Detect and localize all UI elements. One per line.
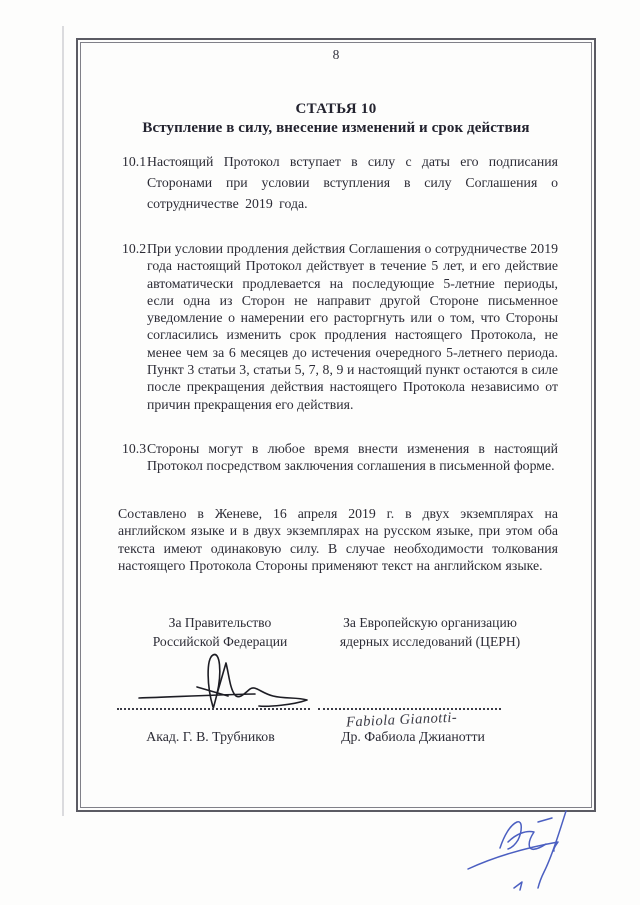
signature-line-right xyxy=(318,701,501,710)
clause-number: 10.3 xyxy=(122,440,147,457)
clause-text: Стороны могут в любое время внести измен… xyxy=(147,440,558,475)
paraph-ink-blue xyxy=(452,808,592,903)
signatory-name-left: Акад. Г. В. Трубников xyxy=(108,729,313,745)
signatory-header-right: За Европейскую организацию ядерных иссле… xyxy=(330,613,530,651)
clause-number: 10.1 xyxy=(122,151,147,172)
page-number: 8 xyxy=(76,47,596,63)
article-subtitle: Вступление в силу, внесение изменений и … xyxy=(76,120,596,137)
clause-number: 10.2 xyxy=(122,240,147,257)
clause-text: При условии продления действия Соглашени… xyxy=(147,240,558,413)
clause-10-1: 10.1 Настоящий Протокол вступает в силу … xyxy=(122,151,558,214)
closing-paragraph: Составлено в Женеве, 16 апреля 2019 г. в… xyxy=(118,505,558,575)
clause-10-2: 10.2 При условии продления действия Согл… xyxy=(122,240,558,413)
signatory-header-left-line1: За Правительство xyxy=(115,613,325,632)
clause-text: Настоящий Протокол вступает в силу с дат… xyxy=(147,151,558,214)
signature-line-left xyxy=(117,701,310,710)
scan-artifact-line xyxy=(62,26,64,816)
clause-10-3: 10.3 Стороны могут в любое время внести … xyxy=(122,440,558,475)
signatory-name-right: Др. Фабиола Джианотти xyxy=(318,729,508,745)
signatory-header-right-line2: ядерных исследований (ЦЕРН) xyxy=(330,632,530,651)
article-title: СТАТЬЯ 10 xyxy=(76,101,596,118)
signatory-header-right-line1: За Европейскую организацию xyxy=(330,613,530,632)
